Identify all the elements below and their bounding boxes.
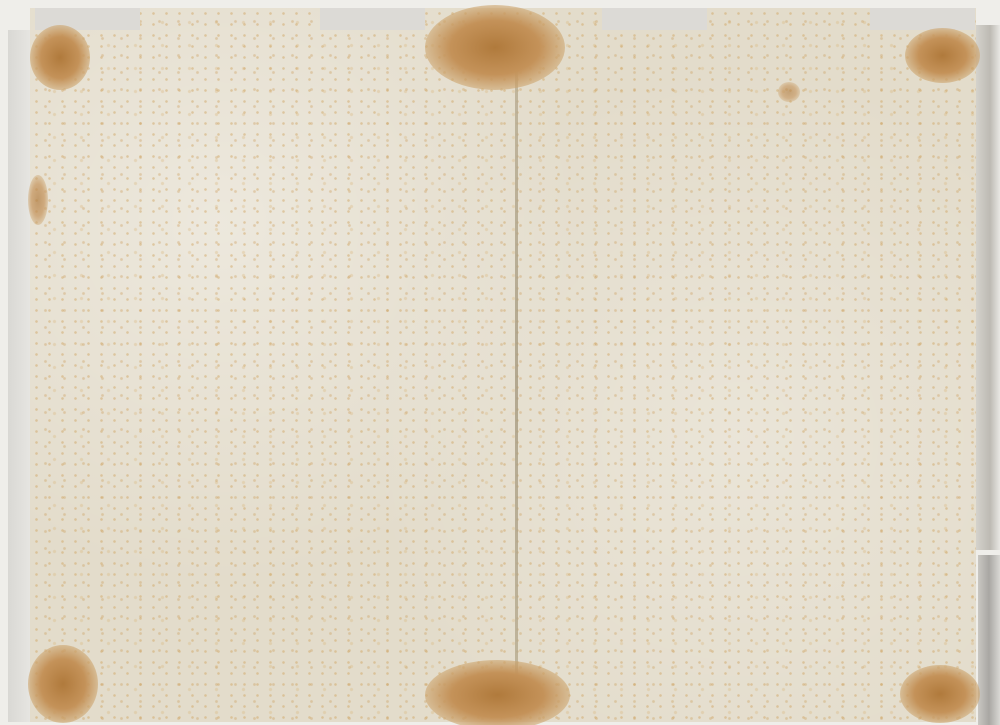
stain-bottom-center (425, 660, 570, 725)
stain-top-left (30, 25, 90, 90)
paper-sheet (30, 8, 976, 722)
foxing-speckles (30, 8, 976, 722)
mount-edge-right (975, 25, 1000, 550)
stain-top-right (905, 28, 980, 83)
mount-edge-left (8, 30, 30, 722)
mounting-tape (870, 8, 975, 30)
mounting-tape (602, 8, 707, 30)
mounting-tape (320, 8, 425, 30)
stain-top-center (425, 5, 565, 90)
center-fold-line (515, 60, 518, 700)
stain-spot (778, 82, 800, 102)
stain-bottom-left (28, 645, 98, 723)
mount-edge-right-lower (978, 555, 1000, 725)
stain-bottom-right (900, 665, 980, 723)
stain-left-edge (28, 175, 48, 225)
